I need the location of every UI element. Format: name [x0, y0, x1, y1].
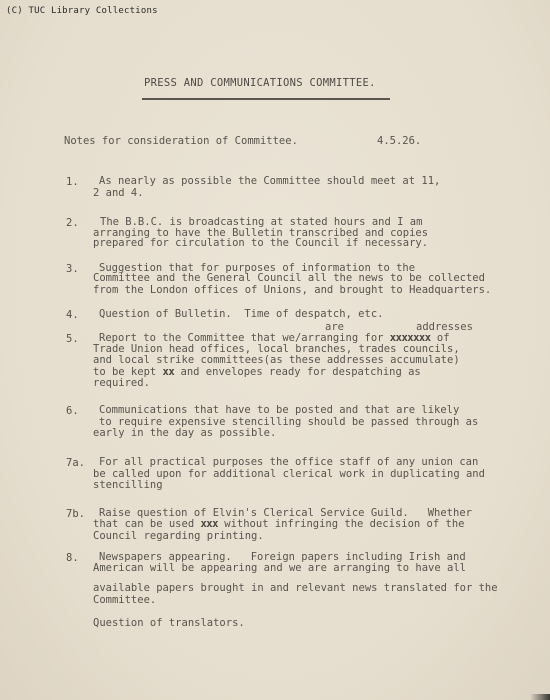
item-3-line-2: Committee and the General Council all th… [93, 273, 485, 285]
item-number: 8. [66, 552, 79, 564]
item-3-line-3: from the London offices of Unions, and b… [93, 285, 491, 297]
item-8-line-2: American will be appearing and we are ar… [93, 563, 466, 575]
item-8-line-4: Committee. [93, 595, 156, 607]
line-text: without infringing the decision of the [218, 518, 465, 530]
item-number: 1. [66, 176, 79, 188]
struck-out-text: xx [163, 366, 175, 378]
document-subtitle: Notes for consideration of Committee. [64, 135, 298, 147]
item-number: 7b. [66, 508, 85, 520]
item-5-line-5: required. [93, 378, 150, 390]
item-6-line-3: early in the day as possible. [93, 428, 276, 440]
item-number: 3. [66, 263, 79, 275]
page-edge-shadow [530, 694, 550, 700]
item-number: 5. [66, 333, 79, 345]
item-7b-line-3: Council regarding printing. [93, 531, 264, 543]
item-1-line-1: As nearly as possible the Committee shou… [99, 176, 440, 188]
item-number: 6. [66, 405, 79, 417]
item-7b-line-2: that can be used xxx without infringing … [93, 519, 464, 531]
line-text: and envelopes ready for despatching as [174, 366, 421, 378]
closing-note: Question of translators. [93, 618, 245, 630]
line-text: that can be used [93, 518, 200, 530]
document-title: PRESS AND COMMUNICATIONS COMMITTEE. [144, 77, 394, 89]
item-8-line-3: available papers brought in and relevant… [93, 583, 498, 595]
item-2-line-3: prepared for circulation to the Council … [93, 238, 428, 250]
item-7a-line-3: stencilling [93, 480, 163, 492]
copyright-watermark: (C) TUC Library Collections [6, 6, 158, 16]
struck-out-text: xxx [200, 518, 217, 530]
item-5-line-3: and local strike committees(as these add… [93, 355, 460, 367]
document-page: (C) TUC Library Collections PRESS AND CO… [0, 0, 550, 700]
document-date: 4.5.26. [377, 135, 421, 147]
item-number: 4. [66, 309, 79, 321]
title-underline [142, 98, 390, 100]
item-number: 7a. [66, 457, 85, 469]
item-7a-line-1: For all practical purposes the office st… [99, 457, 478, 469]
item-6-line-1: Communications that have to be posted an… [99, 405, 459, 417]
item-number: 2. [66, 217, 79, 229]
item-4-line-1: Question of Bulletin. Time of despatch, … [99, 309, 383, 321]
item-1-line-2: 2 and 4. [93, 188, 144, 200]
